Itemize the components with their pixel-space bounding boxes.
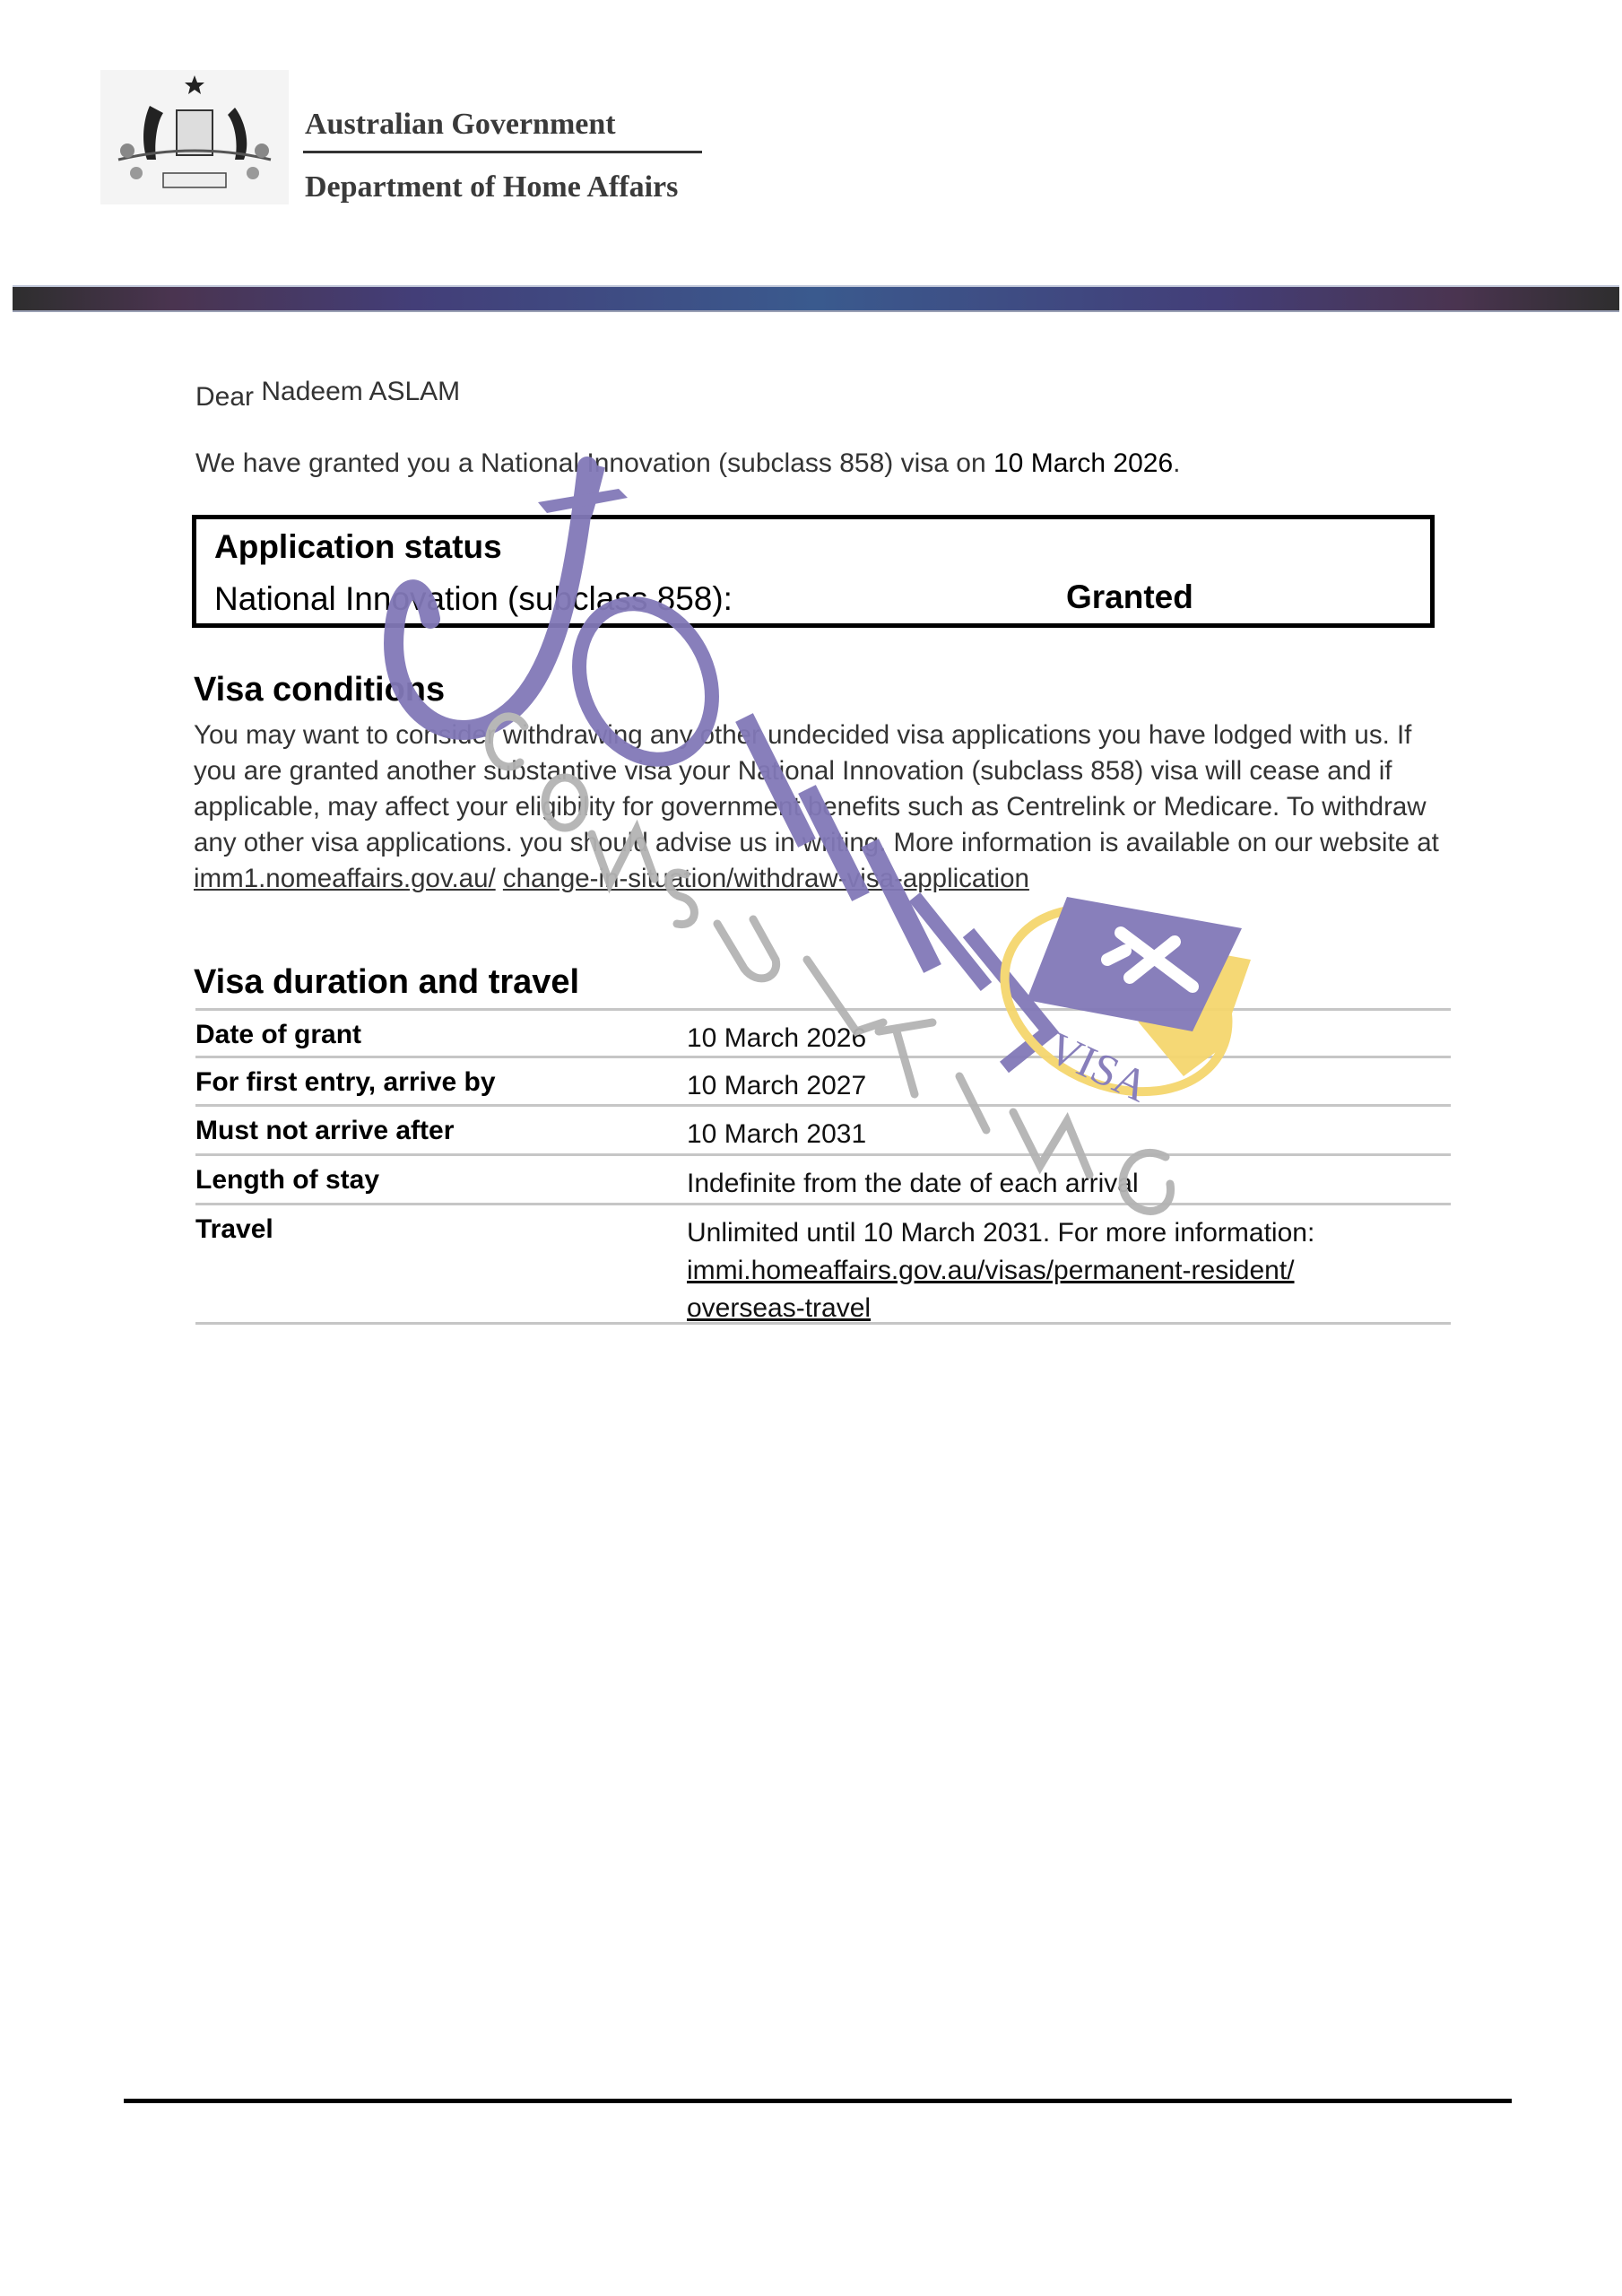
intro-text: We have granted you a National Innovatio…: [195, 448, 986, 478]
row-value: 10 March 2026: [687, 1011, 1451, 1057]
greeting: Dear Nadeem ASLAM: [195, 377, 460, 407]
row-label: Must not arrive after: [195, 1116, 454, 1146]
withdraw-link-part-1[interactable]: imm1.nomeaffairs.gov.au/: [194, 864, 496, 893]
overseas-travel-link-line-2[interactable]: overseas-travel: [687, 1290, 1451, 1327]
row-value: Indefinite from the date of each arrival: [687, 1156, 1451, 1203]
government-name: Australian Government: [305, 108, 616, 142]
grant-intro: We have granted you a National Innovatio…: [195, 448, 1180, 479]
intro-date: 10 March 2026: [993, 448, 1173, 478]
recipient-name: Nadeem ASLAM: [261, 377, 460, 406]
travel-text: Unlimited until 10 March 2031. For more …: [687, 1218, 1314, 1248]
row-label: Length of stay: [195, 1165, 379, 1196]
intro-end: .: [1173, 448, 1180, 478]
status-title: Application status: [214, 528, 502, 566]
coat-of-arms-icon: [100, 70, 289, 204]
row-label: Date of grant: [195, 1020, 361, 1050]
table-row: For first entry, arrive by 10 March 2027: [195, 1056, 1451, 1104]
footer-divider: [124, 2099, 1512, 2103]
status-badge: Granted: [1066, 578, 1193, 616]
table-row: Must not arrive after 10 March 2031: [195, 1104, 1451, 1153]
department-name: Department of Home Affairs: [305, 170, 678, 204]
visa-conditions-text: You may want to consider withdrawing any…: [194, 717, 1449, 897]
table-row: Length of stay Indefinite from the date …: [195, 1153, 1451, 1203]
conditions-body: You may want to consider withdrawing any…: [194, 720, 1439, 857]
row-label: For first entry, arrive by: [195, 1067, 496, 1098]
visa-duration-heading: Visa duration and travel: [194, 963, 579, 1002]
row-label: Travel: [195, 1214, 273, 1245]
table-row: Travel Unlimited until 10 March 2031. Fo…: [195, 1203, 1451, 1325]
row-value: Unlimited until 10 March 2031. For more …: [687, 1205, 1451, 1327]
visa-conditions-heading: Visa conditions: [194, 671, 445, 709]
table-row: Date of grant 10 March 2026: [195, 1008, 1451, 1056]
header-divider: [303, 151, 702, 153]
status-visa-label: National Innovation (subclass 858):: [214, 580, 733, 618]
overseas-travel-link-line-1[interactable]: immi.homeaffairs.gov.au/visas/permanent-…: [687, 1252, 1451, 1290]
row-value: 10 March 2031: [687, 1107, 1451, 1153]
salutation: Dear: [195, 382, 254, 412]
row-value: 10 March 2027: [687, 1058, 1451, 1105]
application-status-box: Application status National Innovation (…: [192, 515, 1435, 628]
withdraw-link-part-2[interactable]: change-in-situation/withdraw-visa-applic…: [503, 864, 1029, 893]
visa-duration-table: Date of grant 10 March 2026 For first en…: [195, 1008, 1451, 1325]
header-banner: [13, 285, 1619, 312]
